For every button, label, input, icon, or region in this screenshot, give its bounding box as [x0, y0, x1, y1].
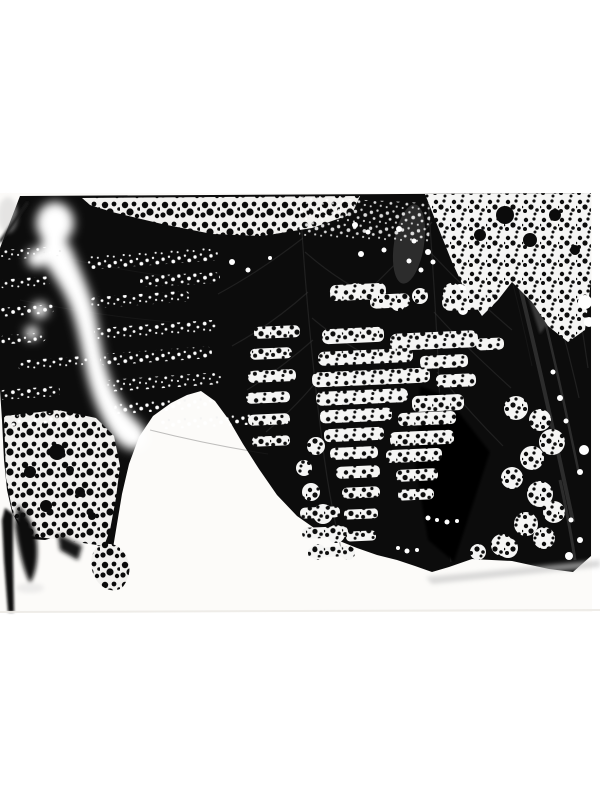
photogram-print: monochrome photographic print: [0, 0, 600, 800]
photogram-canvas: monochrome photographic print: [0, 0, 600, 800]
page: monochrome photographic print: [0, 0, 600, 800]
